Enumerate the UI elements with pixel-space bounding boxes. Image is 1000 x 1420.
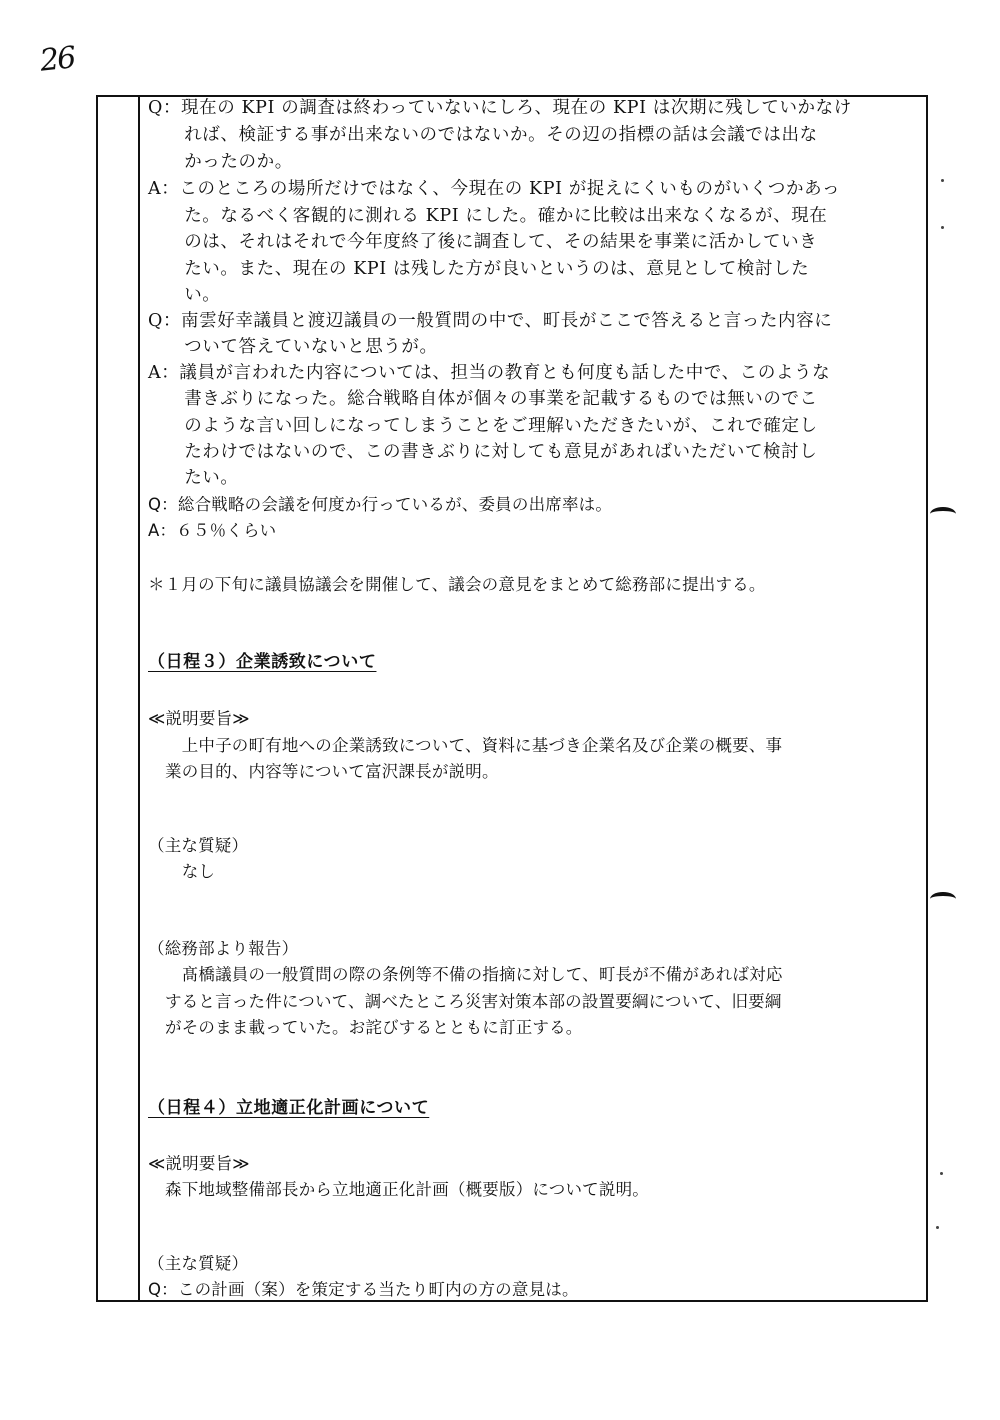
agenda-3-questions-label: （主な質疑） xyxy=(148,834,248,858)
qa-line: ついて答えていないと思うが。 xyxy=(148,335,438,359)
report-line: がそのまま載っていた。お詫びするとともに訂正する。 xyxy=(165,1016,583,1040)
scan-speck xyxy=(941,226,944,229)
qa-line: Q：南雲好幸議員と渡辺議員の一般質問の中で、町長がここで答えると言った内容に xyxy=(148,309,832,333)
qa-line: A：６５％くらい xyxy=(148,519,276,543)
punch-hole-mark xyxy=(930,892,956,906)
left-column-divider xyxy=(138,97,140,1300)
agenda-3-questions-value: なし xyxy=(165,860,215,884)
qa-line: のような言い回しになってしまうことをご理解いただきたいが、これで確定し xyxy=(148,414,818,438)
qa-line: たい。また、現在の KPI は残した方が良いというのは、意見として検討した xyxy=(148,257,809,281)
punch-hole-mark xyxy=(930,507,956,521)
report-line: すると言った件について、調べたところ災害対策本部の設置要綱について、旧要綱 xyxy=(165,990,782,1014)
qa-line: かったのか。 xyxy=(148,150,293,174)
scan-speck xyxy=(940,1172,943,1175)
agenda-4-summary-line: 森下地域整備部長から立地適正化計画（概要版）について説明。 xyxy=(165,1178,649,1202)
agenda-3-heading: （日程３）企業誘致について xyxy=(148,650,376,674)
scan-speck xyxy=(936,1226,939,1229)
qa-line: 書きぶりになった。総合戦略自体が個々の事業を記載するものでは無いのでこ xyxy=(148,387,818,411)
agenda-4-questions-label: （主な質疑） xyxy=(148,1252,248,1276)
handwritten-page-number: 26 xyxy=(38,40,76,78)
agenda-4-heading: （日程４）立地適正化計画について xyxy=(148,1096,429,1120)
agenda-4-summary-label: ≪説明要旨≫ xyxy=(148,1152,250,1176)
qa-line: たわけではないので、この書きぶりに対しても意見があればいただいて検討し xyxy=(148,440,817,464)
qa-line: い。 xyxy=(148,283,220,307)
qa-line: たい。 xyxy=(148,466,239,490)
qa-line: A：議員が言われた内容については、担当の教育とも何度も話した中で、このような xyxy=(148,361,830,385)
qa-line: のは、それはそれで今年度終了後に調査して、その結果を事業に活かしていき xyxy=(148,230,817,254)
agenda-3-summary-label: ≪説明要旨≫ xyxy=(148,707,250,731)
qa-line: Q：現在の KPI の調査は終わっていないにしろ、現在の KPI は次期に残して… xyxy=(148,96,852,120)
qa-line: A：このところの場所だけではなく、今現在の KPI が捉えにくいものがいくつかあ… xyxy=(148,177,840,201)
note-line: ＊１月の下旬に議員協議会を開催して、議会の意見をまとめて総務部に提出する。 xyxy=(148,573,766,597)
report-label: （総務部より報告） xyxy=(148,937,298,961)
agenda-3-summary-line: 上中子の町有地への企業誘致について、資料に基づき企業名及び企業の概要、事 xyxy=(165,734,782,758)
qa-line: れば、検証する事が出来ないのではないか。その辺の指標の話は会議では出な xyxy=(148,123,818,147)
agenda-3-summary-line: 業の目的、内容等について富沢課長が説明。 xyxy=(165,760,499,784)
qa-line: Q：総合戦略の会議を何度か行っているが、委員の出席率は。 xyxy=(148,493,612,517)
report-line: 髙橋議員の一般質問の際の条例等不備の指摘に対して、町長が不備があれば対応 xyxy=(165,963,783,987)
agenda-4-question-line: Q：この計画（案）を策定する当たり町内の方の意見は。 xyxy=(148,1278,579,1302)
qa-line: た。なるべく客観的に測れる KPI にした。確かに比較は出来なくなるが、現在 xyxy=(148,204,827,228)
scan-speck xyxy=(941,179,944,182)
